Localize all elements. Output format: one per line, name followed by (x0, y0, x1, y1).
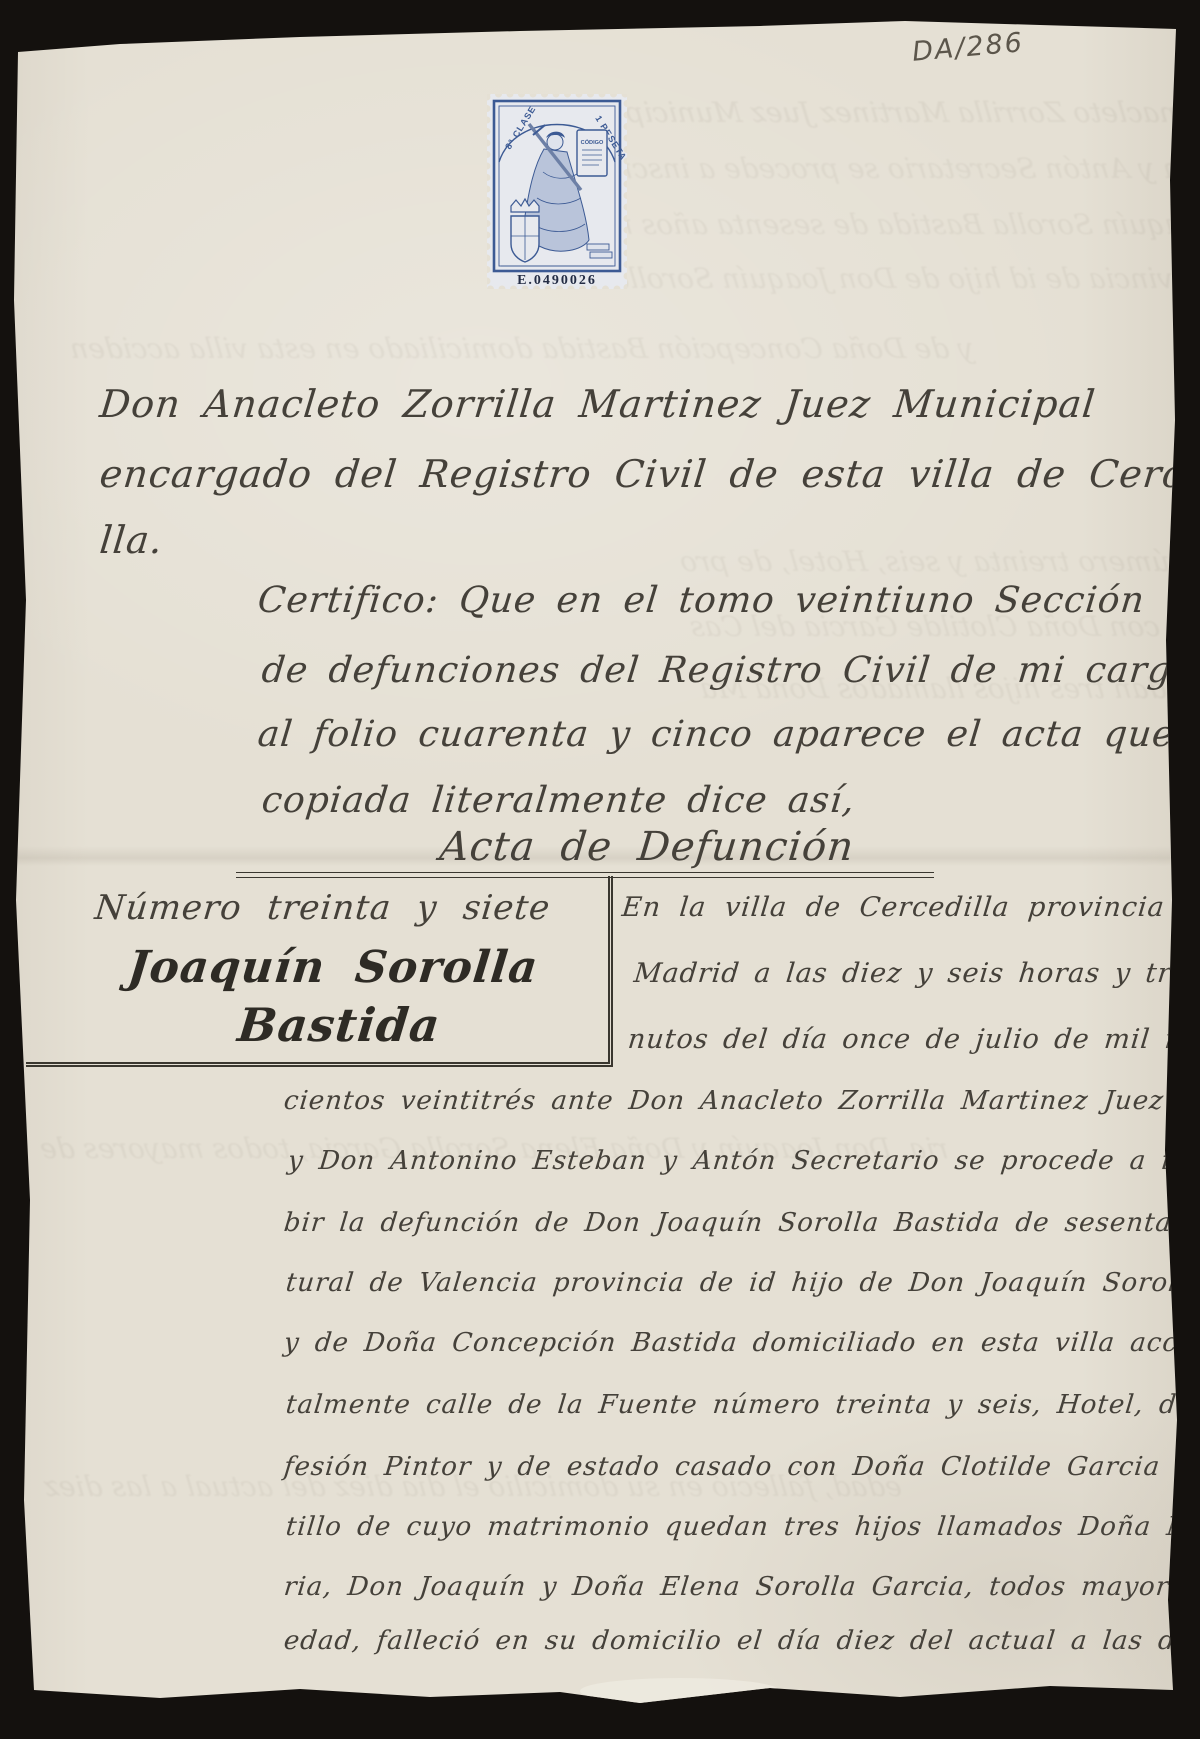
opening-line: encargado del Registro Civil de esta vil… (98, 452, 1200, 496)
body-line: bir la defunción de Don Joaquín Sorolla … (282, 1208, 1200, 1238)
body-line: tural de Valencia provincia de id hijo d… (284, 1268, 1200, 1298)
body-line: y de Doña Concepción Bastida domiciliado… (282, 1328, 1200, 1358)
document-page: cientos veintitrés ante Don Anacleto Zor… (0, 0, 1200, 1739)
entry-column-line: Madrid a las diez y seis horas y treinta… (632, 958, 1200, 989)
certification-line: al folio cuarenta y cinco aparece el act… (256, 714, 1177, 755)
stamp-serial-number: E.0490026 (517, 273, 597, 288)
opening-line: lla. (98, 518, 166, 562)
bleedthrough-text: talmente calle de la Fuente número trein… (678, 545, 1200, 578)
act-heading: Acta de Defunción (438, 824, 857, 870)
bleedthrough-text: cientos veintitrés ante Don Anacleto Zor… (598, 96, 1200, 129)
archive-code-annotation: DA/286 (911, 27, 1025, 68)
deceased-name-line: Joaquín Sorolla (125, 942, 540, 993)
certification-line: Certifico: Que en el tomo veintiuno Secc… (256, 580, 1147, 621)
body-line: ria, Don Joaquín y Doña Elena Sorolla Ga… (282, 1572, 1200, 1602)
revenue-stamp: 8ª CLASE 1 PESETA CÓDIGO (487, 94, 627, 289)
bleedthrough-text: y de Doña Concepción Bastida domiciliado… (68, 332, 975, 365)
deceased-name-line: Bastida (235, 998, 443, 1052)
stamp-tablet-text: CÓDIGO (581, 138, 604, 146)
bleedthrough-text: tural de Valencia provincia de id hijo d… (610, 262, 1200, 295)
body-line: fesión Pintor y de estado casado con Doñ… (282, 1452, 1200, 1482)
entry-column-line: En la villa de Cercedilla provincia de (620, 892, 1200, 923)
margin-number-line: Número treinta y siete (93, 888, 553, 928)
certification-line: copiada literalmente dice así, (260, 780, 857, 821)
coat-of-arms-icon (511, 199, 539, 262)
codigo-tablet: CÓDIGO (577, 130, 607, 176)
paper-tear-highlight (580, 1678, 780, 1704)
revenue-stamp-art: 8ª CLASE 1 PESETA CÓDIGO (487, 94, 627, 289)
body-line: cientos veintitrés ante Don Anacleto Zor… (282, 1086, 1200, 1116)
body-line: tillo de cuyo matrimonio quedan tres hij… (284, 1512, 1200, 1542)
bleedthrough-text: y Don Antonino Esteban y Antón Secretari… (608, 152, 1200, 185)
bleedthrough-text: bir la defunción de Don Joaquín Sorolla … (596, 208, 1200, 241)
body-line: y Don Antonino Esteban y Antón Secretari… (286, 1146, 1200, 1176)
opening-line: Don Anacleto Zorrilla Martinez Juez Muni… (98, 382, 1098, 426)
scanned-document-scene: cientos veintitrés ante Don Anacleto Zor… (0, 0, 1200, 1739)
entry-column-line: nutos del día once de julio de mil nove (626, 1024, 1200, 1055)
body-line: edad, falleció en su domicilio el día di… (282, 1626, 1200, 1656)
certification-line: de defunciones del Registro Civil de mi … (260, 650, 1197, 691)
body-line: talmente calle de la Fuente número trein… (284, 1390, 1200, 1420)
